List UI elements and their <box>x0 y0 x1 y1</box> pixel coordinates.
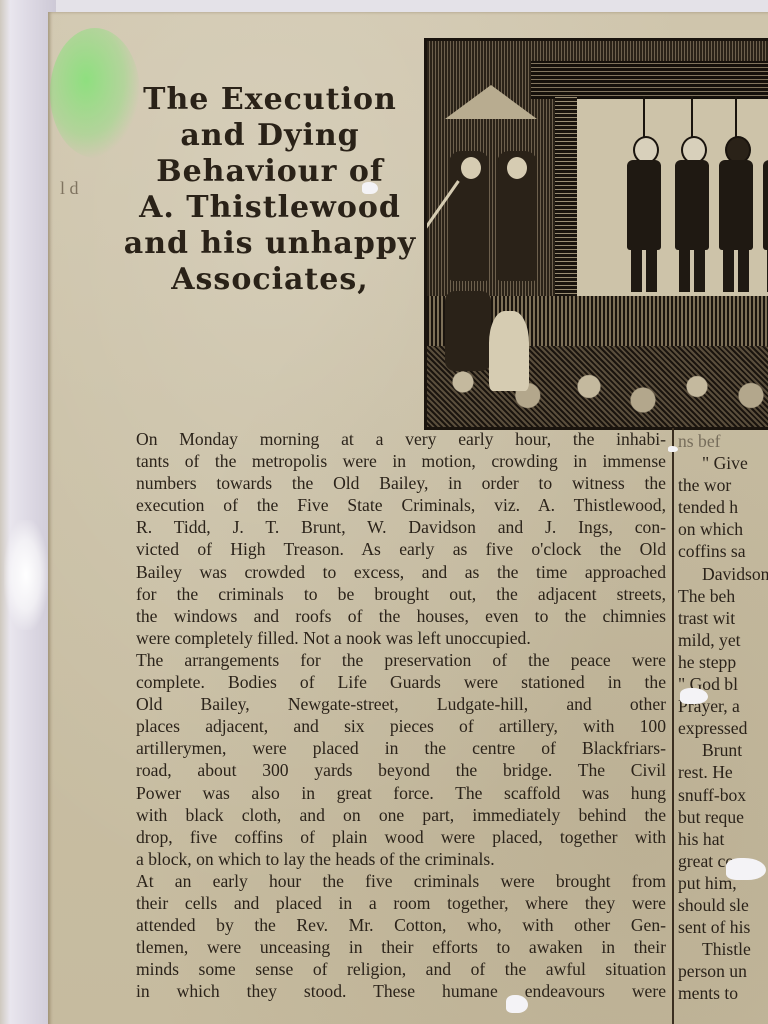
title-line: and his unhappy <box>110 226 430 262</box>
article-right-column-cropped: ns bef " Give the wor tended h on which … <box>678 430 768 1004</box>
text-line: mild, yet <box>678 629 768 651</box>
title-line: A. Thistlewood <box>110 190 430 226</box>
text-line: R. Tidd, J. T. Brunt, W. Davidson and J.… <box>110 516 666 538</box>
text-line: tlemen, were unceasing in their efforts … <box>110 936 666 958</box>
text-line: victed of High Treason. As early as five… <box>110 538 666 560</box>
text-line: Power was also in great force. The scaff… <box>110 782 666 804</box>
text-line: minds some sense of religion, and of the… <box>110 958 666 980</box>
text-line: ns bef <box>678 430 768 452</box>
text-line: road, about 300 yards beyond the bridge.… <box>110 759 666 781</box>
text-line: he stepp <box>678 651 768 673</box>
text-line: should sle <box>678 894 768 916</box>
text-line: complete. Bodies of Life Guards were sta… <box>110 671 666 693</box>
rope <box>691 96 693 138</box>
text-line: with black cloth, and on one part, immed… <box>110 804 666 826</box>
text-line: a block, on which to lay the heads of th… <box>110 848 666 870</box>
mounted-guard <box>445 291 491 371</box>
legs <box>679 248 705 292</box>
text-line: expressed <box>678 717 768 739</box>
title-line: Behaviour of <box>110 154 430 190</box>
text-line: person un <box>678 960 768 982</box>
paragraph: At an early hour the five criminals were… <box>110 870 666 1003</box>
body <box>763 160 768 250</box>
paper-tear <box>506 995 528 1013</box>
text-line: Bailey was crowded to excess, and as the… <box>110 561 666 583</box>
text-line: Davidson <box>678 563 768 585</box>
legs <box>631 248 657 292</box>
hanged-figure <box>673 136 711 296</box>
article-left-column: On Monday morning at a very early hour, … <box>110 428 666 1002</box>
clergyman-figure <box>497 151 537 281</box>
text-line: tended h <box>678 496 768 518</box>
title-line: The Execution <box>110 82 430 118</box>
text-line: snuff-box <box>678 784 768 806</box>
hanged-figure <box>717 136 755 296</box>
hanged-figure <box>625 136 663 296</box>
text-line: Thistle <box>678 938 768 960</box>
text-line: coffins sa <box>678 540 768 562</box>
text-line: numbers towards the Old Bailey, in order… <box>110 472 666 494</box>
column-rule <box>672 428 674 1024</box>
text-line: Brunt <box>678 739 768 761</box>
text-line: but reque <box>678 806 768 828</box>
faint-marginal-mark: l d <box>60 178 79 199</box>
text-line: ments to <box>678 982 768 1004</box>
text-line: The arrangements for the preservation of… <box>110 649 666 671</box>
text-line: drop, five coffins of plain wood were pl… <box>110 826 666 848</box>
woodcut-pediment <box>445 85 537 119</box>
woodcut-illustration <box>424 38 768 430</box>
text-line: trast wit <box>678 607 768 629</box>
rope <box>643 96 645 138</box>
text-line: were completely filled. Not a nook was l… <box>110 627 666 649</box>
hanged-figure <box>761 136 768 296</box>
paragraph: The arrangements for the preservation of… <box>110 649 666 870</box>
paper-hole <box>668 446 678 452</box>
broadside-title: The Execution and Dying Behaviour of A. … <box>110 82 430 298</box>
text-line: in which they stood. These humane endeav… <box>110 980 666 1002</box>
rope <box>735 96 737 138</box>
text-line: their cells and placed in a room togethe… <box>110 892 666 914</box>
title-line: and Dying <box>110 118 430 154</box>
text-line: rest. He <box>678 761 768 783</box>
face <box>461 157 481 179</box>
paragraph: On Monday morning at a very early hour, … <box>110 428 666 649</box>
paper-tear <box>726 858 766 880</box>
title-line: Associates, <box>110 262 430 298</box>
paper-hole <box>362 182 378 194</box>
text-line: for the criminals to be brought out, the… <box>110 583 666 605</box>
body <box>719 160 753 250</box>
paper-tear <box>680 688 708 704</box>
text-line: The beh <box>678 585 768 607</box>
text-line: attended by the Rev. Mr. Cotton, who, wi… <box>110 914 666 936</box>
text-line: At an early hour the five criminals were… <box>110 870 666 892</box>
text-line: the windows and roofs of the houses, eve… <box>110 605 666 627</box>
text-line: On Monday morning at a very early hour, … <box>110 428 666 450</box>
text-line: his hat <box>678 828 768 850</box>
sleeve-glare <box>4 520 48 630</box>
gallows-beam <box>531 61 768 99</box>
legs <box>723 248 749 292</box>
text-line: places adjacent, and six pieces of artil… <box>110 715 666 737</box>
text-line: tants of the metropolis were in motion, … <box>110 450 666 472</box>
gallows-post <box>555 97 577 297</box>
text-line: Old Bailey, Newgate-street, Ludgate-hill… <box>110 693 666 715</box>
text-line: " Give <box>678 452 768 474</box>
text-line: on which <box>678 518 768 540</box>
text-line: sent of his <box>678 916 768 938</box>
face <box>507 157 527 179</box>
white-horse <box>489 311 529 391</box>
text-line: the wor <box>678 474 768 496</box>
text-line: execution of the Five State Criminals, v… <box>110 494 666 516</box>
text-line: artillerymen, were placed in the centre … <box>110 737 666 759</box>
body <box>675 160 709 250</box>
body <box>627 160 661 250</box>
clergyman-and-officer <box>449 151 545 281</box>
officer-figure <box>449 151 489 281</box>
